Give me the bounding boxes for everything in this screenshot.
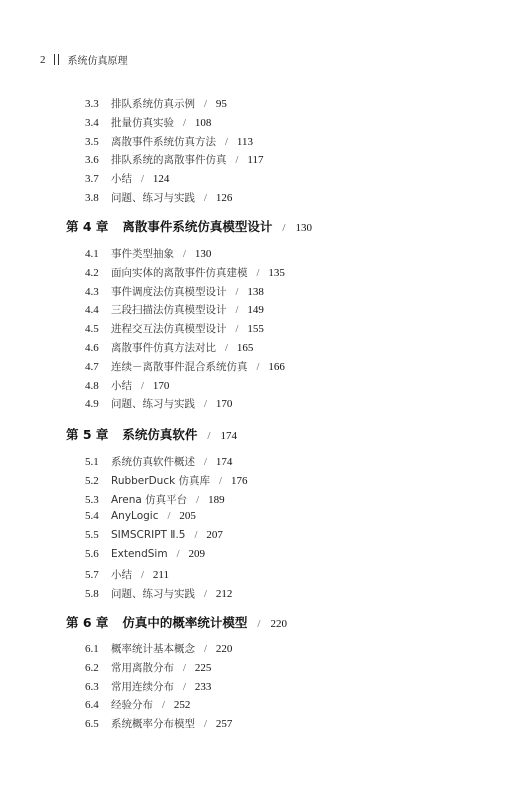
- toc-entry: 5.8问题、练习与实践/212: [85, 586, 232, 601]
- section-title: 离散事件系统仿真方法: [111, 136, 216, 148]
- page-ref: 174: [220, 430, 237, 442]
- toc-entry: 3.8问题、练习与实践/126: [85, 190, 232, 205]
- section-number: 4.4: [85, 304, 111, 316]
- separator: /: [183, 249, 186, 260]
- separator: /: [141, 174, 144, 185]
- page-ref: 257: [216, 718, 233, 730]
- page-ref: 205: [179, 510, 196, 522]
- page-ref: 130: [195, 248, 212, 260]
- section-title: 批量仿真实验: [111, 117, 174, 129]
- separator: /: [257, 618, 260, 630]
- separator: /: [183, 682, 186, 693]
- toc-entry: 6.5系统概率分布模型/257: [85, 716, 232, 731]
- section-number: 5.6: [85, 548, 111, 560]
- section-title: 小结: [111, 380, 132, 392]
- chapter-heading: 第 6 章仿真中的概率统计模型/220: [66, 613, 287, 631]
- section-number: 6.2: [85, 662, 111, 674]
- toc-entry: 5.3Arena 仿真平台/189: [85, 492, 225, 507]
- separator: /: [236, 305, 239, 316]
- toc-entry: 4.5进程交互法仿真模型设计/155: [85, 321, 264, 336]
- toc-entry: 5.4AnyLogic/205: [85, 510, 196, 522]
- section-title: 问题、练习与实践: [111, 588, 195, 600]
- section-number: 4.8: [85, 380, 111, 392]
- section-title: 小结: [111, 569, 132, 581]
- section-number: 3.8: [85, 192, 111, 204]
- section-title: 概率统计基本概念: [111, 643, 195, 655]
- toc-entry: 4.4三段扫描法仿真模型设计/149: [85, 302, 264, 317]
- section-title: 小结: [111, 173, 132, 185]
- page-ref: 170: [153, 380, 170, 392]
- page-ref: 252: [174, 699, 191, 711]
- section-number: 3.3: [85, 98, 111, 110]
- separator: /: [257, 362, 260, 373]
- toc-entry: 3.6排队系统的离散事件仿真/117: [85, 152, 264, 167]
- separator: /: [225, 343, 228, 354]
- section-title: 问题、练习与实践: [111, 192, 195, 204]
- section-title: AnyLogic: [111, 510, 159, 522]
- separator: /: [194, 530, 197, 541]
- toc-entry: 4.9问题、练习与实践/170: [85, 396, 232, 411]
- chapter-label: 第 6 章: [66, 615, 108, 630]
- section-number: 4.3: [85, 286, 111, 298]
- page-ref: 165: [237, 342, 254, 354]
- separator: /: [183, 663, 186, 674]
- page-ref: 211: [153, 569, 169, 581]
- section-number: 5.7: [85, 569, 111, 581]
- toc-entry: 6.1概率统计基本概念/220: [85, 641, 232, 656]
- separator: /: [168, 511, 171, 522]
- section-title: SIMSCRIPT Ⅱ.5: [111, 529, 185, 541]
- section-number: 5.5: [85, 529, 111, 541]
- toc-entry: 4.8小结/170: [85, 378, 169, 393]
- section-number: 6.3: [85, 681, 111, 693]
- page-ref: 176: [231, 475, 248, 487]
- toc-entry: 5.6ExtendSim/209: [85, 548, 205, 560]
- separator: /: [204, 719, 207, 730]
- page-ref: 108: [195, 117, 212, 129]
- toc-entry: 5.1系统仿真软件概述/174: [85, 454, 232, 469]
- section-title: 问题、练习与实践: [111, 398, 195, 410]
- page-ref: 135: [268, 267, 285, 279]
- page-ref: 113: [237, 136, 253, 148]
- toc-entry: 4.3事件调度法仿真模型设计/138: [85, 284, 264, 299]
- separator: /: [257, 268, 260, 279]
- separator: /: [225, 137, 228, 148]
- separator: /: [141, 381, 144, 392]
- separator: /: [207, 430, 210, 442]
- section-number: 3.4: [85, 117, 111, 129]
- page-number: 2: [40, 54, 46, 66]
- separator: /: [236, 324, 239, 335]
- toc-entry: 3.4批量仿真实验/108: [85, 115, 211, 130]
- toc-entry: 4.1事件类型抽象/130: [85, 246, 211, 261]
- toc-entry: 4.7连续－离散事件混合系统仿真/166: [85, 359, 285, 374]
- section-number: 5.3: [85, 494, 111, 506]
- page-ref: 126: [216, 192, 233, 204]
- separator: /: [204, 193, 207, 204]
- chapter-heading: 第 5 章系统仿真软件/174: [66, 425, 237, 443]
- page-ref: 149: [247, 304, 264, 316]
- section-number: 5.8: [85, 588, 111, 600]
- page-ref: 225: [195, 662, 212, 674]
- section-number: 4.6: [85, 342, 111, 354]
- book-title: 系统仿真原理: [68, 52, 128, 67]
- page-ref: 166: [268, 361, 285, 373]
- toc-entry: 3.3排队系统仿真示例/95: [85, 96, 227, 111]
- page-ref: 170: [216, 398, 233, 410]
- section-title: 连续－离散事件混合系统仿真: [111, 361, 248, 373]
- section-title: 事件类型抽象: [111, 248, 174, 260]
- section-title: 常用离散分布: [111, 662, 174, 674]
- section-title: RubberDuck 仿真库: [111, 475, 210, 487]
- page-ref: 95: [216, 98, 227, 110]
- section-number: 4.1: [85, 248, 111, 260]
- section-title: 系统仿真软件概述: [111, 456, 195, 468]
- chapter-label: 第 5 章: [66, 427, 108, 442]
- separator: /: [204, 99, 207, 110]
- separator: /: [204, 589, 207, 600]
- page-ref: 209: [188, 548, 205, 560]
- toc-entry: 6.4经验分布/252: [85, 697, 190, 712]
- toc-entry: 5.7小结/211: [85, 567, 169, 582]
- page-ref: 207: [206, 529, 223, 541]
- section-number: 3.7: [85, 173, 111, 185]
- section-title: 三段扫描法仿真模型设计: [111, 304, 227, 316]
- page-ref: 220: [216, 643, 233, 655]
- section-title: 面向实体的离散事件仿真建模: [111, 267, 248, 279]
- page-ref: 174: [216, 456, 233, 468]
- section-title: 排队系统仿真示例: [111, 98, 195, 110]
- section-title: 离散事件仿真方法对比: [111, 342, 216, 354]
- section-number: 3.5: [85, 136, 111, 148]
- page-ref: 220: [270, 618, 287, 630]
- page-ref: 212: [216, 588, 233, 600]
- separator: /: [204, 457, 207, 468]
- section-number: 4.5: [85, 323, 111, 335]
- section-title: 进程交互法仿真模型设计: [111, 323, 227, 335]
- toc-entry: 6.3常用连续分布/233: [85, 679, 211, 694]
- chapter-title: 系统仿真软件: [122, 427, 197, 442]
- section-number: 4.2: [85, 267, 111, 279]
- section-title: 常用连续分布: [111, 681, 174, 693]
- section-title: 系统概率分布模型: [111, 718, 195, 730]
- section-number: 6.5: [85, 718, 111, 730]
- chapter-title: 仿真中的概率统计模型: [122, 615, 247, 630]
- separator: /: [204, 399, 207, 410]
- section-title: ExtendSim: [111, 548, 168, 560]
- separator: /: [196, 495, 199, 506]
- page-ref: 130: [295, 222, 312, 234]
- section-title: 事件调度法仿真模型设计: [111, 286, 227, 298]
- separator: /: [282, 222, 285, 234]
- toc-entry: 3.5离散事件系统仿真方法/113: [85, 134, 253, 149]
- separator: /: [204, 644, 207, 655]
- chapter-heading: 第 4 章离散事件系统仿真模型设计/130: [66, 217, 312, 235]
- separator: /: [236, 155, 239, 166]
- section-number: 4.9: [85, 398, 111, 410]
- toc-entry: 4.6离散事件仿真方法对比/165: [85, 340, 253, 355]
- header-divider-icon: [54, 54, 59, 65]
- page-ref: 233: [195, 681, 212, 693]
- separator: /: [183, 118, 186, 129]
- chapter-title: 离散事件系统仿真模型设计: [122, 219, 272, 234]
- separator: /: [162, 700, 165, 711]
- separator: /: [141, 570, 144, 581]
- section-number: 6.1: [85, 643, 111, 655]
- chapter-label: 第 4 章: [66, 219, 108, 234]
- toc-entry: 3.7小结/124: [85, 171, 169, 186]
- section-title: Arena 仿真平台: [111, 494, 187, 506]
- section-number: 5.1: [85, 456, 111, 468]
- running-header: 2 系统仿真原理: [40, 52, 128, 67]
- section-number: 3.6: [85, 154, 111, 166]
- page-ref: 117: [247, 154, 263, 166]
- separator: /: [236, 287, 239, 298]
- page-ref: 189: [208, 494, 225, 506]
- section-number: 6.4: [85, 699, 111, 711]
- page-ref: 155: [247, 323, 264, 335]
- separator: /: [177, 549, 180, 560]
- section-number: 4.7: [85, 361, 111, 373]
- section-title: 经验分布: [111, 699, 153, 711]
- toc-entry: 6.2常用离散分布/225: [85, 660, 211, 675]
- section-number: 5.4: [85, 510, 111, 522]
- section-title: 排队系统的离散事件仿真: [111, 154, 227, 166]
- toc-entry: 4.2面向实体的离散事件仿真建模/135: [85, 265, 285, 280]
- page-ref: 138: [247, 286, 264, 298]
- toc-entry: 5.5SIMSCRIPT Ⅱ.5/207: [85, 529, 223, 541]
- page-ref: 124: [153, 173, 170, 185]
- section-number: 5.2: [85, 475, 111, 487]
- toc-entry: 5.2RubberDuck 仿真库/176: [85, 473, 247, 488]
- separator: /: [219, 476, 222, 487]
